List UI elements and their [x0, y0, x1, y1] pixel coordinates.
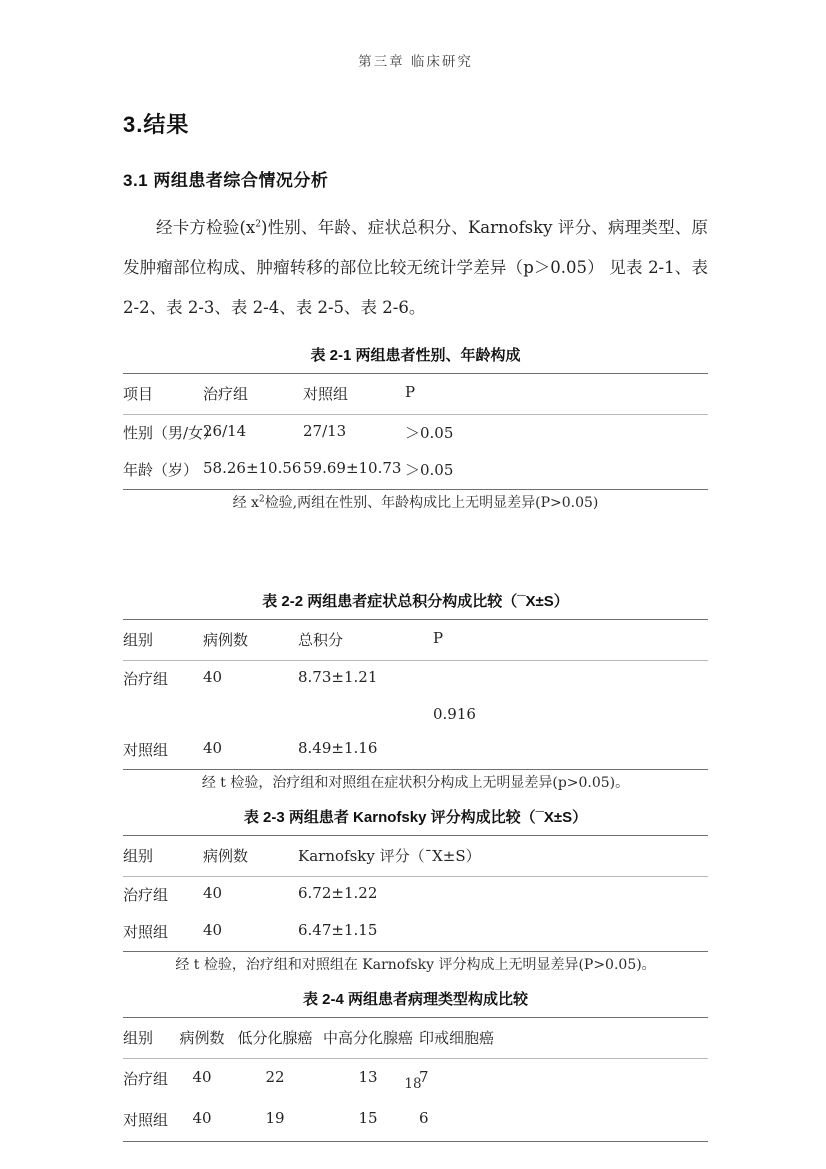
column-header: 病例数: [203, 836, 298, 876]
column-header: 病例数: [203, 620, 298, 660]
body-paragraph: 经卡方检验(x2)性别、年龄、症状总积分、Karnofsky 评分、病理类型、原…: [123, 208, 708, 328]
table-cell: [123, 698, 203, 732]
column-header: Karnofsky 评分（¯X±S）: [298, 836, 708, 876]
table-cell: ＞0.05: [405, 452, 708, 489]
column-header: 组别: [123, 620, 203, 660]
table-cell: 40: [203, 732, 298, 769]
note-text-1: 经 x: [233, 495, 259, 511]
column-header: 总积分: [298, 620, 433, 660]
note-text-2: 检验,两组在性别、年龄构成比上无明显差异(P>0.05): [265, 495, 599, 511]
table-cell: 对照组: [123, 1100, 171, 1141]
table-2-2-note: 经 t 检验，治疗组和对照组在症状积分构成上无明显差异(p>0.05)。: [123, 774, 708, 793]
table-cell: 6.47±1.15: [298, 914, 708, 951]
column-header: P: [405, 374, 708, 414]
table-cell: 26/14: [203, 415, 303, 452]
table-cell: 治疗组: [123, 877, 203, 914]
column-header: 治疗组: [203, 374, 303, 414]
column-header: 中高分化腺癌: [317, 1018, 419, 1058]
table-2-3-note: 经 t 检验，治疗组和对照组在 Karnofsky 评分构成上无明显差异(P>0…: [123, 956, 708, 975]
table-2-1-title: 表 2-1 两组患者性别、年龄构成: [123, 345, 708, 367]
column-header: 低分化腺癌: [233, 1018, 317, 1058]
table-cell: [298, 698, 433, 732]
table-cell: 对照组: [123, 732, 203, 769]
note-text: 经 t 检验，治疗组和对照组在 Karnofsky 评分构成上无明显差异(P>0…: [175, 957, 655, 973]
column-header: 印戒细胞癌: [419, 1018, 708, 1058]
table-cell: [433, 732, 708, 769]
column-header: P: [433, 620, 708, 660]
table-cell: 19: [233, 1100, 317, 1141]
table-cell: 8.73±1.21: [298, 661, 433, 698]
running-header: 第三章 临床研究: [123, 0, 708, 70]
section-heading: 3.结果: [123, 112, 708, 138]
paragraph-text-1: 经卡方检验(x: [156, 218, 255, 237]
table-cell: 40: [203, 661, 298, 698]
table-cell: 40: [203, 877, 298, 914]
table-cell: ＞0.05: [405, 415, 708, 452]
table-cell: [433, 661, 708, 698]
table-cell: 年龄（岁）: [123, 452, 203, 489]
table-cell: 性别（男/女）: [123, 415, 203, 452]
table-cell: 15: [317, 1100, 419, 1141]
note-text: 经 t 检验，治疗组和对照组在症状积分构成上无明显差异(p>0.05)。: [202, 775, 629, 791]
table-2-2: 组别病例数总积分P治疗组408.73±1.210.916对照组408.49±1.…: [123, 619, 708, 770]
table-cell: [203, 698, 298, 732]
page-number: 18: [0, 1076, 826, 1092]
column-header: 组别: [123, 1018, 171, 1058]
table-cell: 治疗组: [123, 661, 203, 698]
column-header: 项目: [123, 374, 203, 414]
table-cell: 40: [203, 914, 298, 951]
column-header: 对照组: [303, 374, 405, 414]
table-2-1-note: 经 x2检验,两组在性别、年龄构成比上无明显差异(P>0.05): [123, 494, 708, 513]
table-2-1: 项目治疗组对照组P性别（男/女）26/1427/13＞0.05年龄（岁）58.2…: [123, 373, 708, 490]
table-2-3-title: 表 2-3 两组患者 Karnofsky 评分构成比较（¯X±S）: [123, 807, 708, 829]
column-header: 组别: [123, 836, 203, 876]
table-cell: 6: [419, 1100, 708, 1141]
table-cell: 6.72±1.22: [298, 877, 708, 914]
table-cell: 58.26±10.56: [203, 452, 303, 489]
table-cell: 59.69±10.73: [303, 452, 405, 489]
column-header: 病例数: [171, 1018, 233, 1058]
table-cell: 0.916: [433, 698, 708, 732]
table-2-2-title: 表 2-2 两组患者症状总积分构成比较（¯X±S）: [123, 591, 708, 613]
table-cell: 8.49±1.16: [298, 732, 433, 769]
table-cell: 对照组: [123, 914, 203, 951]
subsection-heading: 3.1 两组患者综合情况分析: [123, 170, 708, 192]
document-page: 第三章 临床研究 3.结果 3.1 两组患者综合情况分析 经卡方检验(x2)性别…: [0, 0, 826, 1169]
table-2-3: 组别病例数Karnofsky 评分（¯X±S）治疗组406.72±1.22对照组…: [123, 835, 708, 952]
page-content: 第三章 临床研究 3.结果 3.1 两组患者综合情况分析 经卡方检验(x2)性别…: [0, 0, 826, 1142]
table-2-4-title: 表 2-4 两组患者病理类型构成比较: [123, 989, 708, 1011]
table-cell: 27/13: [303, 415, 405, 452]
table-cell: 40: [171, 1100, 233, 1141]
